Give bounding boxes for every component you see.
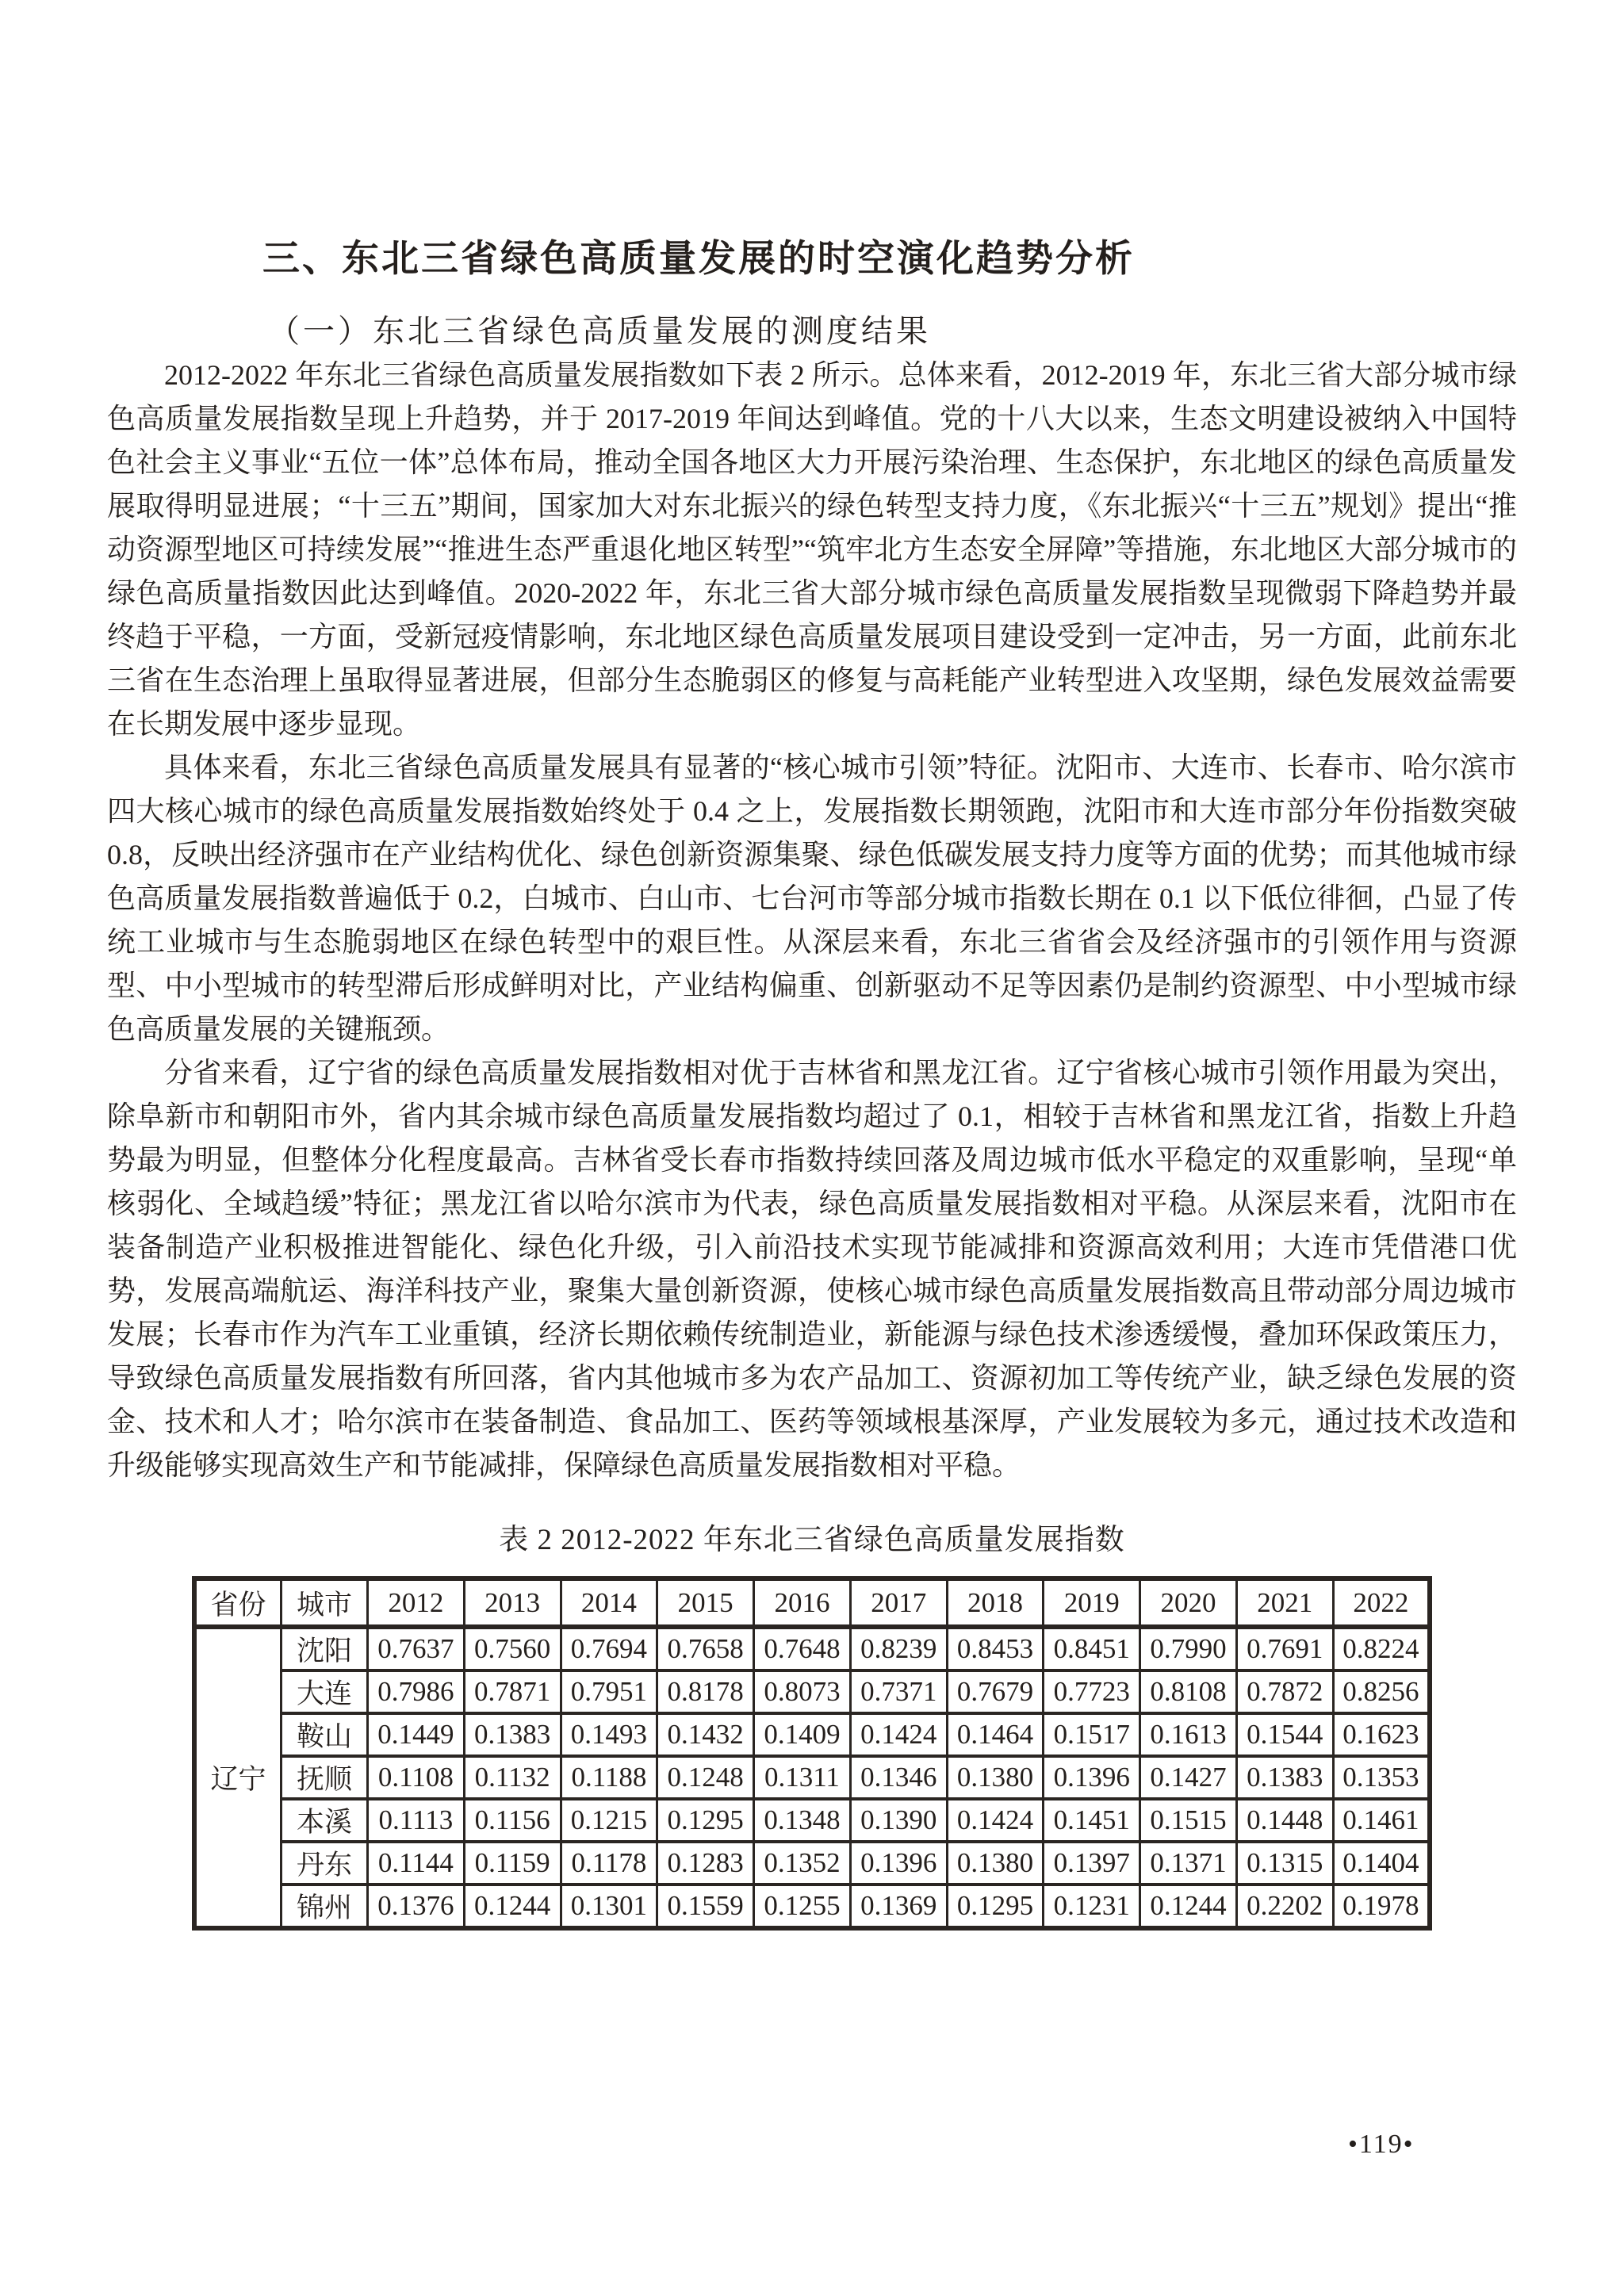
value-cell: 0.1451 <box>1044 1799 1140 1842</box>
table-row: 抚顺0.11080.11320.11880.12480.13110.13460.… <box>194 1756 1430 1799</box>
value-cell: 0.8451 <box>1044 1627 1140 1670</box>
table-col-header: 2015 <box>657 1578 754 1627</box>
value-cell: 0.1144 <box>368 1842 465 1885</box>
city-cell: 抚顺 <box>282 1756 368 1799</box>
value-cell: 0.1348 <box>754 1799 851 1842</box>
table-col-header: 2022 <box>1333 1578 1430 1627</box>
page-content: 三、东北三省绿色高质量发展的时空演化趋势分析 （一）东北三省绿色高质量发展的测度… <box>0 238 1624 1931</box>
value-cell: 0.7371 <box>850 1670 947 1713</box>
value-cell: 0.1156 <box>464 1799 561 1842</box>
index-table: 省份城市201220132014201520162017201820192020… <box>192 1576 1432 1931</box>
value-cell: 0.1215 <box>561 1799 657 1842</box>
value-cell: 0.1369 <box>850 1885 947 1928</box>
value-cell: 0.1376 <box>368 1885 465 1928</box>
value-cell: 0.7694 <box>561 1627 657 1670</box>
value-cell: 0.1404 <box>1333 1842 1430 1885</box>
table-col-header: 2016 <box>754 1578 851 1627</box>
table-row: 大连0.79860.78710.79510.81780.80730.73710.… <box>194 1670 1430 1713</box>
value-cell: 0.7560 <box>464 1627 561 1670</box>
city-cell: 丹东 <box>282 1842 368 1885</box>
value-cell: 0.1424 <box>947 1799 1044 1842</box>
value-cell: 0.8178 <box>657 1670 754 1713</box>
value-cell: 0.1315 <box>1236 1842 1333 1885</box>
value-cell: 0.1255 <box>754 1885 851 1928</box>
value-cell: 0.1244 <box>1140 1885 1237 1928</box>
table-col-header: 2018 <box>947 1578 1044 1627</box>
table-col-header: 2013 <box>464 1578 561 1627</box>
value-cell: 0.1427 <box>1140 1756 1237 1799</box>
table-caption: 表 2 2012-2022 年东北三省绿色高质量发展指数 <box>107 1522 1517 1559</box>
table-row: 锦州0.13760.12440.13010.15590.12550.13690.… <box>194 1885 1430 1928</box>
subsection-heading: （一）东北三省绿色高质量发展的测度结果 <box>268 313 1517 350</box>
value-cell: 0.1449 <box>368 1713 465 1756</box>
value-cell: 0.1295 <box>947 1885 1044 1928</box>
value-cell: 0.1346 <box>850 1756 947 1799</box>
table-col-header: 2021 <box>1236 1578 1333 1627</box>
value-cell: 0.8256 <box>1333 1670 1430 1713</box>
value-cell: 0.7691 <box>1236 1627 1333 1670</box>
value-cell: 0.1613 <box>1140 1713 1237 1756</box>
value-cell: 0.7723 <box>1044 1670 1140 1713</box>
value-cell: 0.8453 <box>947 1627 1044 1670</box>
city-cell: 本溪 <box>282 1799 368 1842</box>
table-row: 辽宁沈阳0.76370.75600.76940.76580.76480.8239… <box>194 1627 1430 1670</box>
table-row: 本溪0.11130.11560.12150.12950.13480.13900.… <box>194 1799 1430 1842</box>
paper-page: 三、东北三省绿色高质量发展的时空演化趋势分析 （一）东北三省绿色高质量发展的测度… <box>0 0 1624 2296</box>
value-cell: 0.1113 <box>368 1799 465 1842</box>
value-cell: 0.1623 <box>1333 1713 1430 1756</box>
value-cell: 0.1464 <box>947 1713 1044 1756</box>
value-cell: 0.7637 <box>368 1627 465 1670</box>
value-cell: 0.1132 <box>464 1756 561 1799</box>
table-col-header: 2019 <box>1044 1578 1140 1627</box>
section-heading: 三、东北三省绿色高质量发展的时空演化趋势分析 <box>262 238 1517 279</box>
value-cell: 0.1108 <box>368 1756 465 1799</box>
province-cell: 辽宁 <box>194 1627 282 1928</box>
value-cell: 0.1390 <box>850 1799 947 1842</box>
value-cell: 0.1231 <box>1044 1885 1140 1928</box>
value-cell: 0.7951 <box>561 1670 657 1713</box>
value-cell: 0.1380 <box>947 1842 1044 1885</box>
value-cell: 0.7658 <box>657 1627 754 1670</box>
table-col-header: 省份 <box>194 1578 282 1627</box>
city-cell: 鞍山 <box>282 1713 368 1756</box>
value-cell: 0.1283 <box>657 1842 754 1885</box>
paragraph: 分省来看，辽宁省的绿色高质量发展指数相对优于吉林省和黑龙江省。辽宁省核心城市引领… <box>107 1051 1517 1487</box>
table-header-row: 省份城市201220132014201520162017201820192020… <box>194 1578 1430 1627</box>
table-col-header: 2017 <box>850 1578 947 1627</box>
value-cell: 0.1380 <box>947 1756 1044 1799</box>
value-cell: 0.1301 <box>561 1885 657 1928</box>
table-head: 省份城市201220132014201520162017201820192020… <box>194 1578 1430 1627</box>
value-cell: 0.1311 <box>754 1756 851 1799</box>
value-cell: 0.7986 <box>368 1670 465 1713</box>
value-cell: 0.1397 <box>1044 1842 1140 1885</box>
value-cell: 0.2202 <box>1236 1885 1333 1928</box>
value-cell: 0.7871 <box>464 1670 561 1713</box>
value-cell: 0.1432 <box>657 1713 754 1756</box>
value-cell: 0.8108 <box>1140 1670 1237 1713</box>
value-cell: 0.1396 <box>1044 1756 1140 1799</box>
value-cell: 0.1517 <box>1044 1713 1140 1756</box>
value-cell: 0.1461 <box>1333 1799 1430 1842</box>
paragraph: 具体来看，东北三省绿色高质量发展具有显著的“核心城市引领”特征。沈阳市、大连市、… <box>107 746 1517 1051</box>
value-cell: 0.1248 <box>657 1756 754 1799</box>
page-number: •119• <box>1348 2130 1415 2160</box>
table-row: 丹东0.11440.11590.11780.12830.13520.13960.… <box>194 1842 1430 1885</box>
value-cell: 0.1295 <box>657 1799 754 1842</box>
value-cell: 0.1188 <box>561 1756 657 1799</box>
table-col-header: 城市 <box>282 1578 368 1627</box>
city-cell: 沈阳 <box>282 1627 368 1670</box>
table-col-header: 2012 <box>368 1578 465 1627</box>
value-cell: 0.1448 <box>1236 1799 1333 1842</box>
value-cell: 0.1559 <box>657 1885 754 1928</box>
value-cell: 0.1493 <box>561 1713 657 1756</box>
value-cell: 0.8224 <box>1333 1627 1430 1670</box>
value-cell: 0.1396 <box>850 1842 947 1885</box>
value-cell: 0.7648 <box>754 1627 851 1670</box>
value-cell: 0.1353 <box>1333 1756 1430 1799</box>
city-cell: 锦州 <box>282 1885 368 1928</box>
table-row: 鞍山0.14490.13830.14930.14320.14090.14240.… <box>194 1713 1430 1756</box>
value-cell: 0.8073 <box>754 1670 851 1713</box>
value-cell: 0.1544 <box>1236 1713 1333 1756</box>
value-cell: 0.1383 <box>464 1713 561 1756</box>
value-cell: 0.1409 <box>754 1713 851 1756</box>
value-cell: 0.7990 <box>1140 1627 1237 1670</box>
table-col-header: 2020 <box>1140 1578 1237 1627</box>
value-cell: 0.1371 <box>1140 1842 1237 1885</box>
value-cell: 0.1383 <box>1236 1756 1333 1799</box>
value-cell: 0.8239 <box>850 1627 947 1670</box>
body-paragraphs: 2012-2022 年东北三省绿色高质量发展指数如下表 2 所示。总体来看，20… <box>107 354 1517 1487</box>
value-cell: 0.1244 <box>464 1885 561 1928</box>
paragraph: 2012-2022 年东北三省绿色高质量发展指数如下表 2 所示。总体来看，20… <box>107 354 1517 746</box>
value-cell: 0.7679 <box>947 1670 1044 1713</box>
value-cell: 0.1159 <box>464 1842 561 1885</box>
value-cell: 0.1178 <box>561 1842 657 1885</box>
value-cell: 0.7872 <box>1236 1670 1333 1713</box>
table-col-header: 2014 <box>561 1578 657 1627</box>
table-body: 辽宁沈阳0.76370.75600.76940.76580.76480.8239… <box>194 1627 1430 1928</box>
city-cell: 大连 <box>282 1670 368 1713</box>
value-cell: 0.1424 <box>850 1713 947 1756</box>
value-cell: 0.1978 <box>1333 1885 1430 1928</box>
value-cell: 0.1515 <box>1140 1799 1237 1842</box>
value-cell: 0.1352 <box>754 1842 851 1885</box>
